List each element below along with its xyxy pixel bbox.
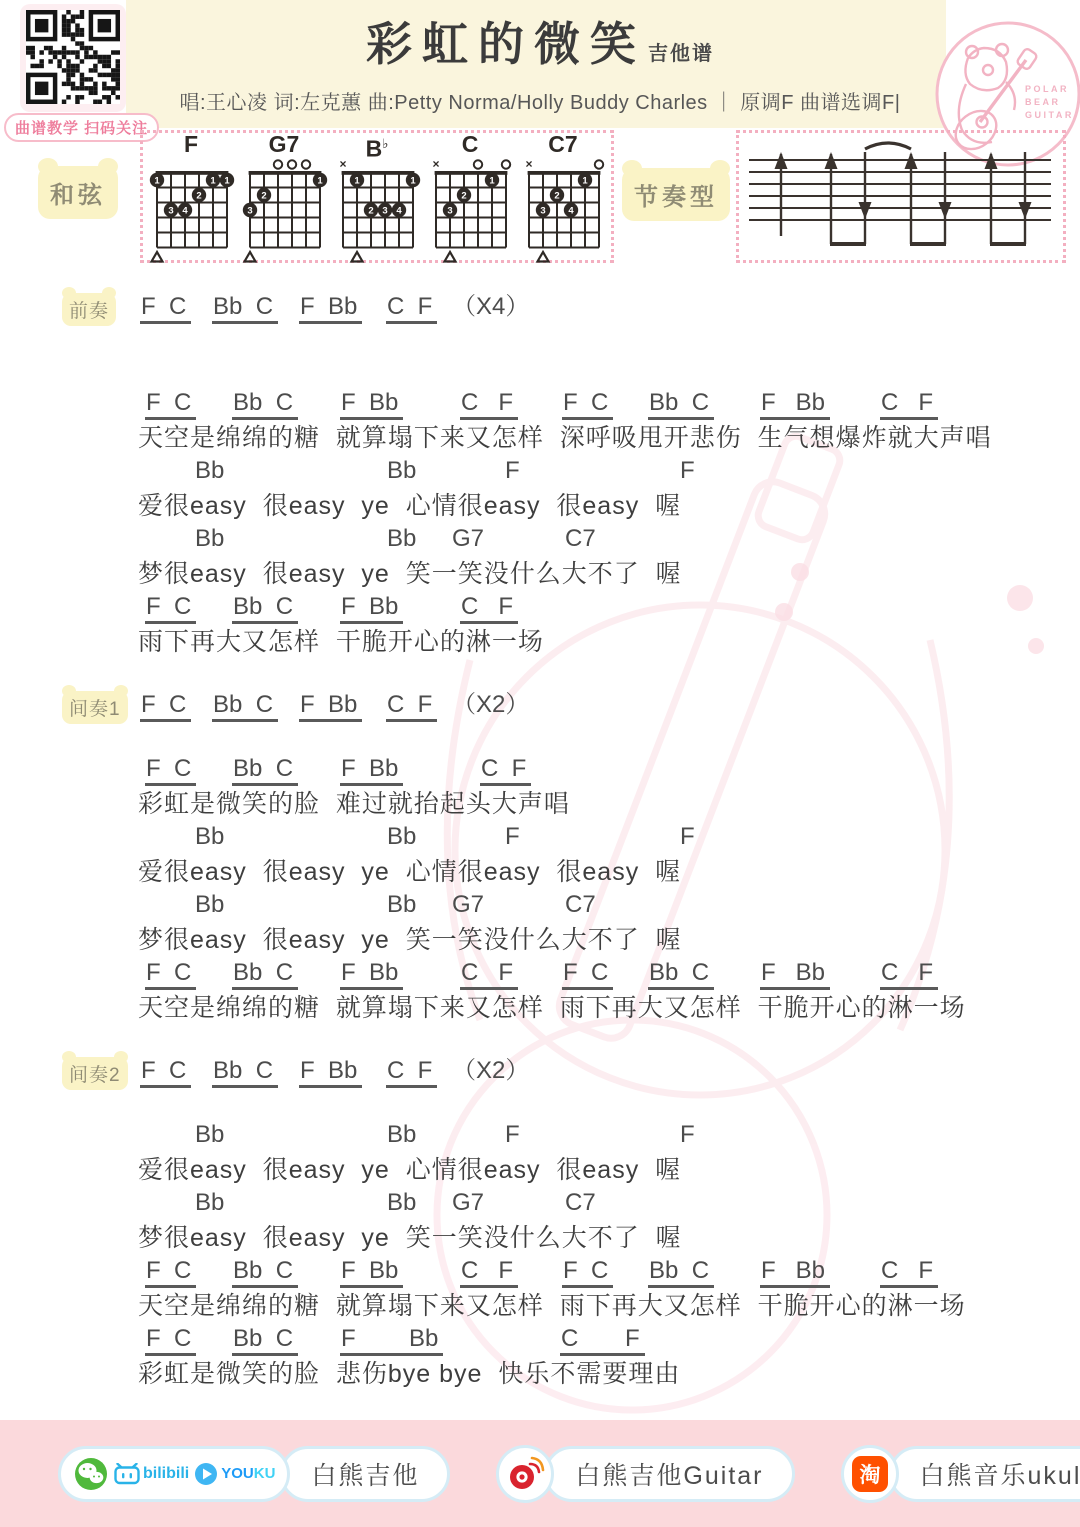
svg-text:淘: 淘: [859, 1463, 880, 1487]
svg-text:×: ×: [432, 157, 439, 171]
chord-symbol: F Bb: [340, 754, 403, 786]
chord-symbol: （X2）: [452, 1056, 529, 1085]
chord-symbol: Bb: [195, 1188, 224, 1217]
chord-symbol: Bb: [387, 822, 416, 851]
chord-symbol: F: [505, 456, 520, 485]
chord-symbol: F C: [145, 958, 196, 990]
svg-text:3: 3: [447, 206, 452, 217]
chord-symbol: F C: [562, 1256, 613, 1288]
rhythm-pattern-box: [736, 130, 1066, 263]
chord-line: F CBb CF BbC F: [0, 592, 1080, 626]
chord-symbol: Bb C: [648, 388, 714, 420]
svg-text:1: 1: [354, 176, 360, 187]
chord-symbol: C F: [880, 1256, 938, 1288]
song-section: F CBb CF BbC FF CBb CF BbC F天空是绵绵的糖 就算塌下…: [0, 388, 1080, 660]
chord-line: 前奏F CBb CF BbC F（X4）: [0, 292, 1080, 326]
page-title: 彩虹的微笑: [366, 8, 646, 74]
chord-symbol: Bb: [195, 890, 224, 919]
chord-symbol: Bb: [195, 1120, 224, 1149]
chord-symbol: F: [680, 822, 695, 851]
song-body: 前奏F CBb CF BbC F（X4）F CBb CF BbC FF CBb …: [0, 292, 1080, 1422]
svg-text:2: 2: [261, 191, 266, 202]
lyric-line: 彩虹是微笑的脸 难过就抬起头大声唱: [138, 788, 1080, 822]
chord-symbol: F C: [140, 1056, 191, 1088]
lyric-line: 爱很easy 很easy ye 心情很easy 很easy 喔: [138, 490, 1080, 524]
chord-symbol: Bb: [387, 524, 416, 553]
svg-text:2: 2: [196, 191, 201, 202]
chord-symbol: Bb: [195, 456, 224, 485]
page-title-tag: 吉他谱: [648, 43, 714, 65]
svg-text:1: 1: [154, 176, 160, 187]
lyric-line: 梦很easy 很easy ye 笑一笑没什么大不了 喔: [138, 558, 1080, 592]
header-title-block: 彩虹的微笑吉他谱 唱:王心凌 词:左克蕙 曲:Petty Norma/Holly…: [0, 8, 1080, 115]
chord-symbol: F C: [145, 1324, 196, 1356]
chord-diagram-name: G7: [238, 134, 330, 156]
lyric-line: 雨下再大又怎样 干脆开心的淋一场: [138, 626, 1080, 660]
song-section: 间奏2F CBb CF BbC F（X2）: [0, 1056, 1080, 1090]
chord-diagram-C7: C7×1234: [517, 134, 609, 269]
chord-line: F CBb CF BbC F: [0, 1324, 1080, 1358]
chord-symbol: C F: [880, 388, 938, 420]
chord-symbol: Bb: [195, 524, 224, 553]
chord-symbol: F Bb: [340, 388, 403, 420]
svg-text:×: ×: [339, 157, 346, 171]
svg-text:4: 4: [182, 206, 188, 217]
svg-text:2: 2: [368, 206, 373, 217]
chord-symbol: C F: [480, 754, 531, 786]
chord-diagrams-box: F111234G7123B♭×11234C×123C7×1234: [140, 130, 614, 263]
lyric-line: 梦很easy 很easy ye 笑一笑没什么大不了 喔: [138, 924, 1080, 958]
chord-symbol: F Bb: [299, 690, 362, 722]
chord-symbol: F Bb: [340, 958, 403, 990]
qr-caption: 曲谱教学 扫码关注: [4, 113, 159, 142]
svg-text:2: 2: [461, 191, 466, 202]
chord-symbol: C F: [460, 1256, 518, 1288]
song-section: F CBb CF BbC F彩虹是微笑的脸 难过就抬起头大声唱BbBbFF爱很e…: [0, 754, 1080, 1026]
chord-symbol: C7: [565, 524, 596, 553]
chord-symbol: C F: [386, 690, 437, 722]
chord-sheet-page: 曲谱教学 扫码关注 彩虹的微笑吉他谱 唱:王心凌 词:左克蕙 曲:Petty N…: [0, 0, 1080, 1527]
svg-text:1: 1: [582, 176, 588, 187]
chord-symbol: Bb: [195, 822, 224, 851]
chord-symbol: F Bb: [760, 388, 830, 420]
chord-symbol: F Bb: [299, 1056, 362, 1088]
svg-text:1: 1: [210, 176, 216, 187]
svg-text:4: 4: [396, 206, 402, 217]
footer-social-bar: bilibiliYOUKU白熊吉他白熊吉他Guitar淘白熊音乐ukulele: [0, 1420, 1080, 1527]
section-badge: 间奏1: [62, 691, 128, 724]
chord-symbol: Bb: [387, 1120, 416, 1149]
chord-diagram-name: C7: [517, 134, 609, 156]
song-section: 间奏1F CBb CF BbC F（X2）: [0, 690, 1080, 724]
svg-text:4: 4: [568, 206, 574, 217]
chord-line: BbBbG7C7: [0, 890, 1080, 924]
chord-line: BbBbG7C7: [0, 524, 1080, 558]
chord-line: BbBbFF: [0, 1120, 1080, 1154]
lyric-line: 天空是绵绵的糖 就算塌下来又怎样 雨下再大又怎样 干脆开心的淋一场: [138, 992, 1080, 1026]
chord-symbol: Bb: [387, 890, 416, 919]
footer-icons: bilibiliYOUKU: [58, 1446, 290, 1502]
section-badge: 间奏2: [62, 1057, 128, 1090]
song-credits: 唱:王心凌 词:左克蕙 曲:Petty Norma/Holly Buddy Ch…: [0, 86, 1080, 115]
chord-symbol: F Bb: [340, 592, 403, 624]
chord-symbol: Bb C: [212, 1056, 278, 1088]
chord-symbol: C7: [565, 890, 596, 919]
chord-symbol: F Bb: [340, 1256, 403, 1288]
chord-symbol: F: [505, 1120, 520, 1149]
chord-symbol: C F: [386, 1056, 437, 1088]
chord-line: F CBb CF BbC FF CBb CF BbC F: [0, 388, 1080, 422]
taobao-icon: 淘: [851, 1455, 889, 1493]
chord-symbol: F C: [145, 754, 196, 786]
chord-symbol: F C: [562, 958, 613, 990]
chord-line: BbBbFF: [0, 456, 1080, 490]
chord-symbol: C F: [460, 592, 518, 624]
chord-diagram-C: C×123: [424, 134, 516, 269]
chord-symbol: （X4）: [452, 292, 529, 321]
chord-symbol: F C: [562, 388, 613, 420]
chord-symbol: Bb C: [212, 690, 278, 722]
chord-symbol: F: [680, 1120, 695, 1149]
chord-symbol: Bb C: [232, 592, 298, 624]
chord-symbol: Bb: [387, 456, 416, 485]
chord-diagram-name: F: [145, 134, 237, 156]
chord-diagram-Bb: B♭×11234: [331, 134, 423, 269]
chord-symbol: Bb C: [232, 1324, 298, 1356]
lyric-line: 爱很easy 很easy ye 心情很easy 很easy 喔: [138, 856, 1080, 890]
chord-symbol: C F: [880, 958, 938, 990]
svg-text:2: 2: [554, 191, 559, 202]
chord-diagram-G7: G7123: [238, 134, 330, 269]
rhythm-label: 节奏型: [622, 168, 730, 221]
chords-label: 和弦: [38, 166, 118, 219]
chord-symbol: F: [505, 822, 520, 851]
lyric-line: 天空是绵绵的糖 就算塌下来又怎样 雨下再大又怎样 干脆开心的淋一场: [138, 1290, 1080, 1324]
chord-symbol: Bb C: [648, 1256, 714, 1288]
chord-symbol: F: [680, 456, 695, 485]
chord-symbol: C F: [460, 388, 518, 420]
chord-symbol: C F: [460, 958, 518, 990]
footer-icons: 淘: [841, 1445, 899, 1503]
chord-symbol: F C: [140, 690, 191, 722]
chord-symbol: F C: [145, 388, 196, 420]
chord-symbol: F Bb: [760, 958, 830, 990]
chord-line: F CBb CF BbC FF CBb CF BbC F: [0, 1256, 1080, 1290]
chord-symbol: Bb C: [232, 388, 298, 420]
svg-text:1: 1: [410, 176, 416, 187]
section-badge: 前奏: [62, 293, 116, 326]
logo-line-2: BEAR: [1025, 97, 1061, 107]
chord-diagram-F: F111234: [145, 134, 237, 269]
chord-symbol: Bb C: [232, 1256, 298, 1288]
svg-text:3: 3: [382, 206, 387, 217]
chord-symbol: Bb C: [232, 958, 298, 990]
bilibili-icon: bilibili: [114, 1463, 189, 1485]
footer-group[interactable]: bilibiliYOUKU白熊吉他: [58, 1446, 450, 1502]
chord-symbol: F Bb: [299, 292, 362, 324]
footer-group[interactable]: 淘白熊音乐ukulele: [841, 1445, 1080, 1503]
chord-symbol: F Bb: [340, 1324, 443, 1356]
chord-line: F CBb CF BbC FF CBb CF BbC F: [0, 958, 1080, 992]
chord-symbol: C7: [565, 1188, 596, 1217]
svg-text:1: 1: [489, 176, 495, 187]
logo-line-1: POLAR: [1025, 84, 1069, 94]
chord-symbol: C F: [386, 292, 437, 324]
svg-text:3: 3: [540, 206, 545, 217]
chord-symbol: G7: [452, 890, 484, 919]
footer-account-label[interactable]: 白熊吉他Guitar: [544, 1446, 794, 1502]
chord-symbol: G7: [452, 524, 484, 553]
chord-symbol: Bb C: [648, 958, 714, 990]
lyric-line: 彩虹是微笑的脸 悲伤bye bye 快乐不需要理由: [138, 1358, 1080, 1392]
svg-text:×: ×: [525, 157, 532, 171]
svg-text:3: 3: [168, 206, 173, 217]
lyric-line: 爱很easy 很easy ye 心情很easy 很easy 喔: [138, 1154, 1080, 1188]
chord-symbol: F C: [145, 1256, 196, 1288]
chord-symbol: F C: [140, 292, 191, 324]
chord-symbol: Bb C: [232, 754, 298, 786]
chord-diagram-name: C: [424, 134, 516, 156]
chord-line: BbBbFF: [0, 822, 1080, 856]
footer-icons: [496, 1445, 554, 1503]
chord-symbol: G7: [452, 1188, 484, 1217]
chord-line: F CBb CF BbC F: [0, 754, 1080, 788]
weibo-icon: [505, 1454, 545, 1494]
chord-line: BbBbG7C7: [0, 1188, 1080, 1222]
svg-text:1: 1: [224, 176, 230, 187]
chord-diagram-name: B♭: [331, 134, 423, 156]
song-section: 前奏F CBb CF BbC F（X4）: [0, 292, 1080, 326]
lyric-line: 梦很easy 很easy ye 笑一笑没什么大不了 喔: [138, 1222, 1080, 1256]
chord-line: 间奏2F CBb CF BbC F（X2）: [0, 1056, 1080, 1090]
chord-symbol: C F: [560, 1324, 645, 1356]
footer-group[interactable]: 白熊吉他Guitar: [496, 1445, 794, 1503]
svg-text:3: 3: [247, 206, 252, 217]
logo-line-3: GUITAR: [1025, 110, 1074, 120]
footer-account-label[interactable]: 白熊吉他: [280, 1446, 450, 1502]
chord-symbol: F Bb: [760, 1256, 830, 1288]
chord-line: 间奏1F CBb CF BbC F（X2）: [0, 690, 1080, 724]
chord-symbol: （X2）: [452, 690, 529, 719]
youku-icon: YOUKU: [194, 1462, 275, 1486]
lyric-line: 天空是绵绵的糖 就算塌下来又怎样 深呼吸甩开悲伤 生气想爆炸就大声唱: [138, 422, 1080, 456]
svg-text:1: 1: [317, 176, 323, 187]
chord-symbol: Bb C: [212, 292, 278, 324]
footer-account-label[interactable]: 白熊音乐ukulele: [889, 1446, 1080, 1502]
song-section: BbBbFF爱很easy 很easy ye 心情很easy 很easy 喔BbB…: [0, 1120, 1080, 1392]
chord-symbol: F C: [145, 592, 196, 624]
chord-symbol: Bb: [387, 1188, 416, 1217]
wechat-icon: [73, 1456, 109, 1492]
